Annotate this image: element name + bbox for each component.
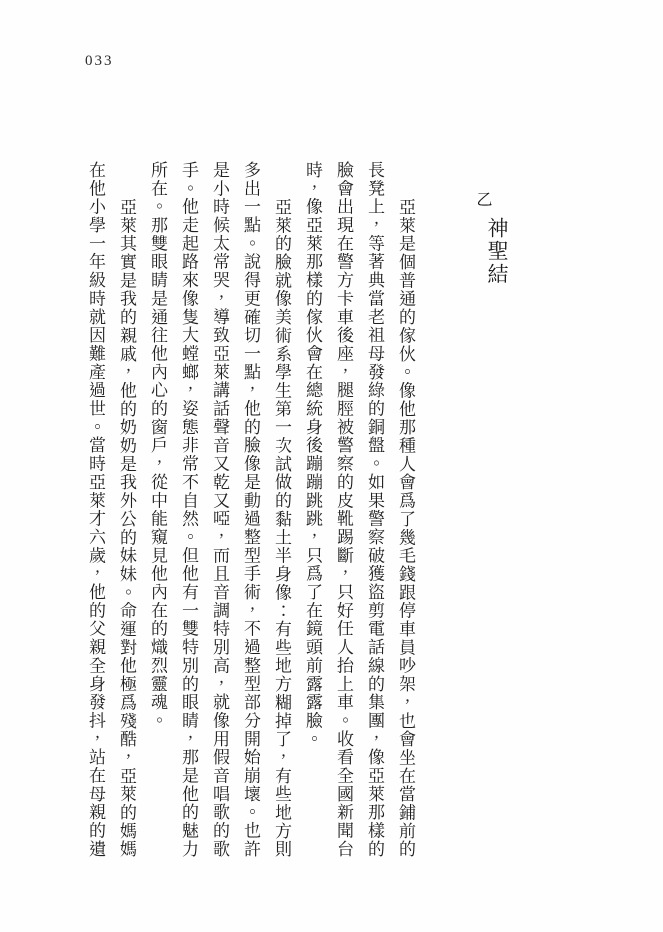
paragraph-1: 亞萊是個普通的傢伙。像他那種人會爲了幾毛錢跟停車員吵架，也會坐在當鋪前的長凳上，… [297, 161, 421, 861]
chapter-title: 神聖結 [486, 217, 507, 286]
book-page: 033 乙 神聖結 亞萊是個普通的傢伙。像他那種人會爲了幾毛錢跟停車員吵架，也會… [0, 0, 663, 932]
page-number: 033 [85, 53, 114, 70]
paragraph-3: 亞萊其實是我的親戚，他的奶奶是我外公的妹妹。命運對他極爲殘酷，亞萊的媽媽在他小學… [80, 161, 142, 861]
body-text: 亞萊是個普通的傢伙。像他那種人會爲了幾毛錢跟停車員吵架，也會坐在當鋪前的長凳上，… [80, 161, 421, 861]
chapter-marker: 乙 [474, 191, 490, 207]
paragraph-2: 亞萊的臉就像美術系學生第一次試做的黏土半身像：有些地方糊掉了，有些地方則多出一點… [142, 161, 297, 861]
